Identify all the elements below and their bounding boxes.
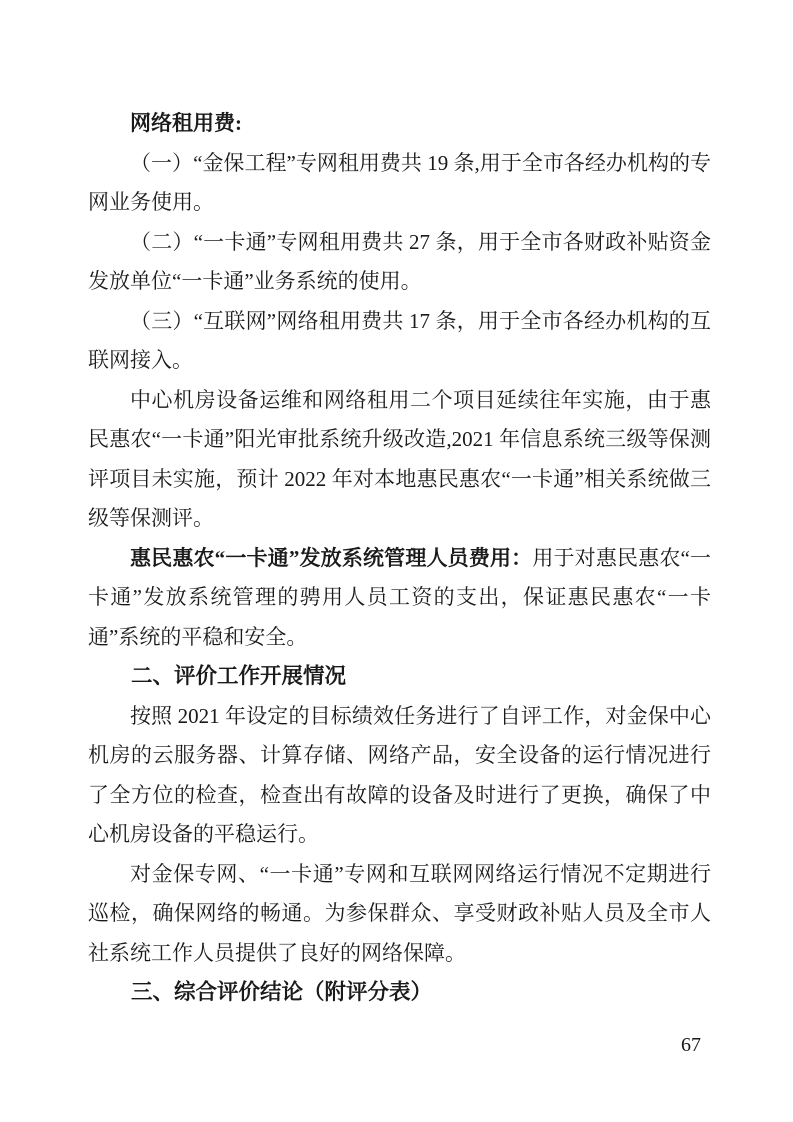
paragraph-server-room-projects: 中心机房设备运维和网络租用二个项目延续往年实施，由于惠民惠农“一卡通”阳光审批系… bbox=[88, 381, 711, 539]
paragraph-jinbao-network-fee: （一）“金保工程”专网租用费共 19 条,用于全市各经办机构的专网业务使用。 bbox=[88, 144, 711, 223]
bold-lead-staff-cost: 惠民惠农“一卡通”发放系统管理人员费用： bbox=[130, 546, 532, 570]
document-page: 网络租用费: （一）“金保工程”专网租用费共 19 条,用于全市各经办机构的专网… bbox=[0, 0, 793, 1122]
section-heading-comprehensive-conclusion: 三、综合评价结论（附评分表） bbox=[88, 973, 711, 1013]
page-number: 67 bbox=[662, 1033, 720, 1057]
paragraph-yikatong-network-fee: （二）“一卡通”专网租用费共 27 条，用于全市各财政补贴资金发放单位“一卡通”… bbox=[88, 223, 711, 302]
section-heading-evaluation-work: 二、评价工作开展情况 bbox=[88, 657, 711, 697]
paragraph-self-evaluation: 按照 2021 年设定的目标绩效任务进行了自评工作，对金保中心机房的云服务器、计… bbox=[88, 697, 711, 855]
bold-lead-network-fee: 网络租用费: bbox=[130, 111, 242, 135]
paragraph-network-fee-title: 网络租用费: bbox=[88, 104, 711, 144]
paragraph-internet-network-fee: （三）“互联网”网络租用费共 17 条，用于全市各经办机构的互联网接入。 bbox=[88, 302, 711, 381]
paragraph-network-inspection: 对金保专网、“一卡通”专网和互联网网络运行情况不定期进行巡检，确保网络的畅通。为… bbox=[88, 855, 711, 974]
document-body: 网络租用费: （一）“金保工程”专网租用费共 19 条,用于全市各经办机构的专网… bbox=[88, 104, 711, 1013]
paragraph-staff-cost: 惠民惠农“一卡通”发放系统管理人员费用：用于对惠民惠农“一卡通”发放系统管理的骋… bbox=[88, 539, 711, 658]
